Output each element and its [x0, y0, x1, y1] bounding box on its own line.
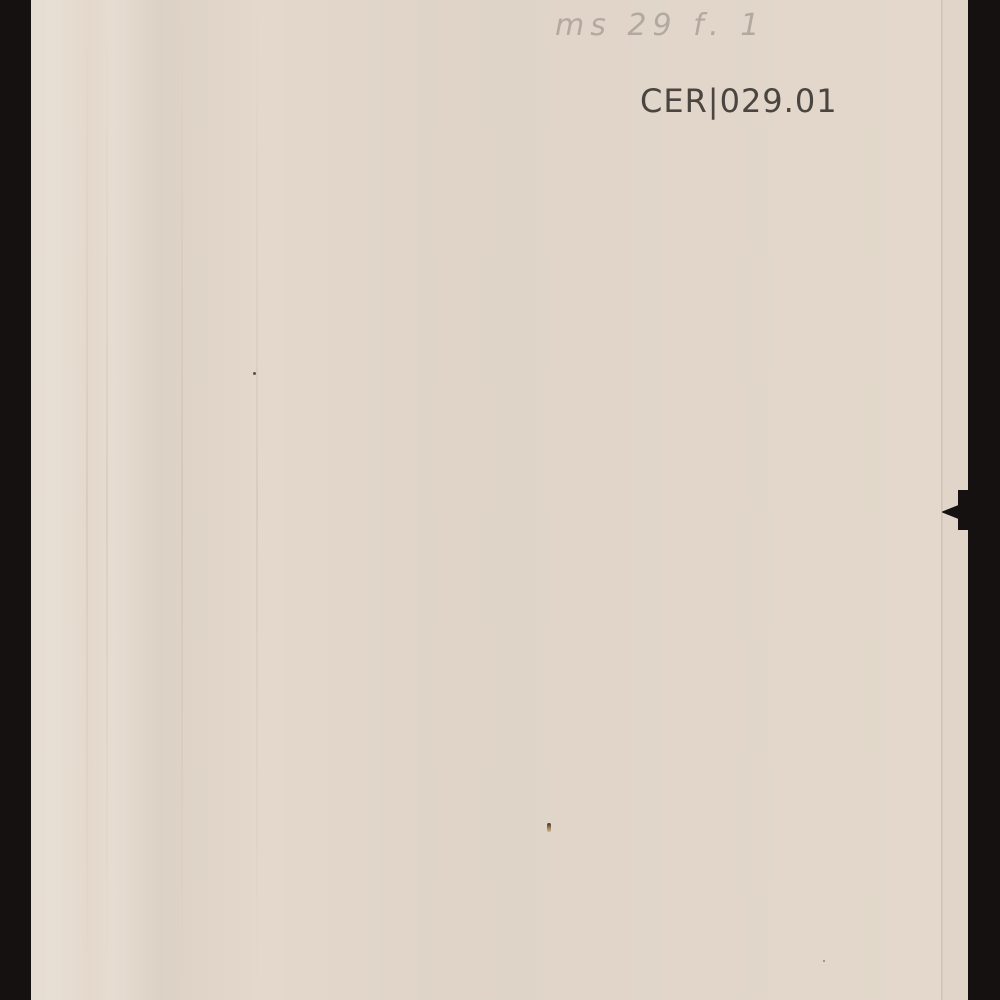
page-crease	[86, 0, 88, 1000]
reference-code-annotation: CER|029.01	[640, 82, 838, 120]
edge-notch	[941, 500, 971, 524]
paper-speck	[823, 960, 825, 962]
page-crease	[181, 0, 183, 1000]
scan-background: ms 29 f. 1 CER|029.01	[0, 0, 1000, 1000]
page-crease	[256, 0, 258, 1000]
page-crease	[106, 0, 108, 1000]
paper-stain	[547, 823, 551, 832]
manuscript-page	[31, 0, 942, 1000]
pencil-folio-annotation: ms 29 f. 1	[555, 8, 765, 43]
paper-speck	[253, 372, 256, 375]
